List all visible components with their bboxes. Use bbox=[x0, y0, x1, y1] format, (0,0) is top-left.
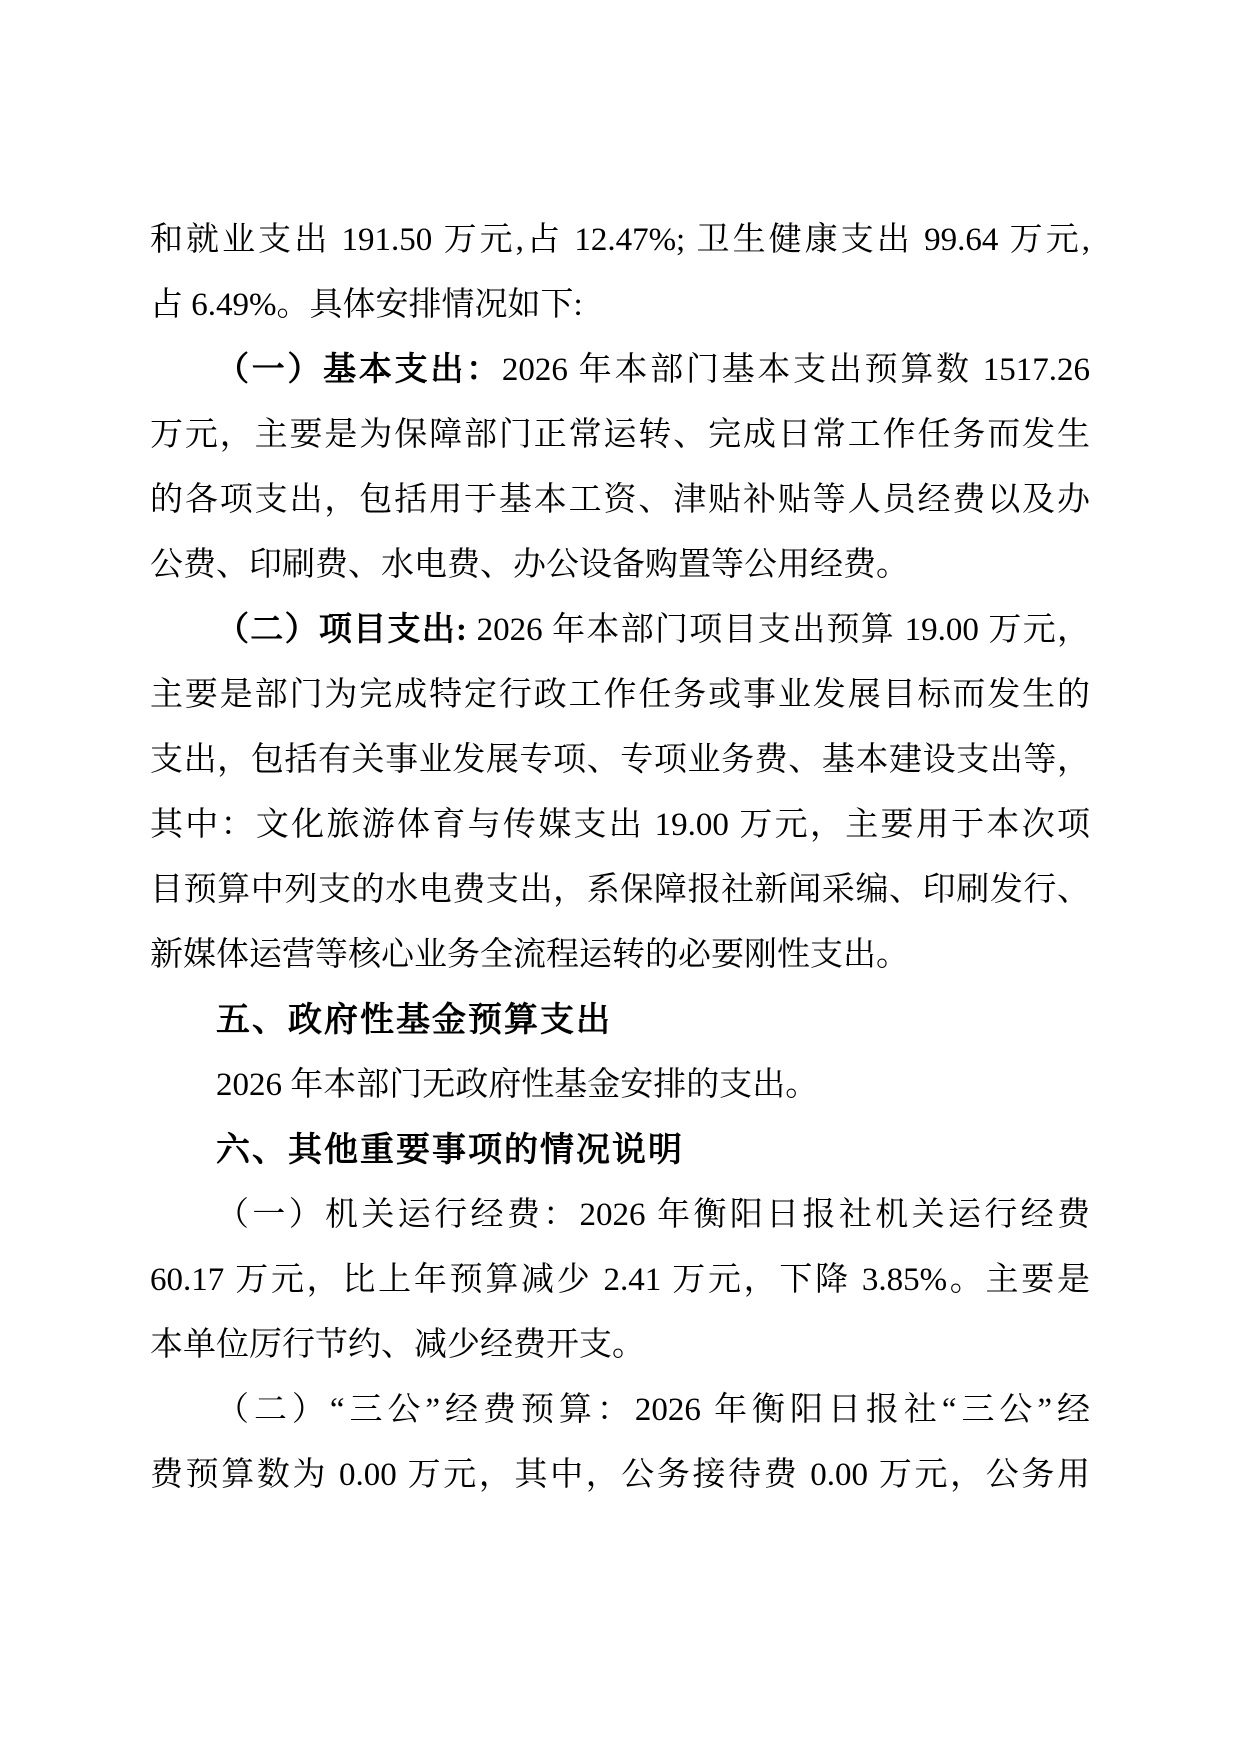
text-segment: （一）机关运行经费：2026 年衡阳日报社机关运行经费 bbox=[216, 1197, 1090, 1233]
text-line: （一）基本支出：2026 年本部门基本支出预算数 1517.26 bbox=[150, 338, 1090, 403]
text-segment: 费预算数为 0.00 万元，其中，公务接待费 0.00 万元，公务用 bbox=[150, 1457, 1090, 1493]
text-segment: 目预算中列支的水电费支出，系保障报社新闻采编、印刷发行、 bbox=[150, 872, 1090, 908]
text-segment: 2026 年本部门基本支出预算数 1517.26 bbox=[502, 352, 1090, 388]
text-line: 2026 年本部门无政府性基金安排的支出。 bbox=[150, 1053, 1090, 1118]
text-line: 万元，主要是为保障部门正常运转、完成日常工作任务而发生 bbox=[150, 403, 1090, 468]
text-line: （二）项目支出: 2026 年本部门项目支出预算 19.00 万元， bbox=[150, 598, 1090, 663]
text-line: 占 6.49%。具体安排情况如下: bbox=[150, 273, 1090, 338]
bold-text-segment: 五、政府性基金预算支出 bbox=[216, 1001, 612, 1039]
text-segment: 2026 年本部门项目支出预算 19.00 万元， bbox=[467, 612, 1090, 648]
text-line: 主要是部门为完成特定行政工作任务或事业发展目标而发生的 bbox=[150, 663, 1090, 728]
text-segment: 主要是部门为完成特定行政工作任务或事业发展目标而发生的 bbox=[150, 677, 1090, 713]
text-line: 新媒体运营等核心业务全流程运转的必要刚性支出。 bbox=[150, 923, 1090, 988]
text-segment: 其中：文化旅游体育与传媒支出 19.00 万元，主要用于本次项 bbox=[150, 807, 1090, 843]
text-segment: 支出，包括有关事业发展专项、专项业务费、基本建设支出等， bbox=[150, 742, 1090, 778]
section-heading: 五、政府性基金预算支出 bbox=[150, 988, 1090, 1053]
text-line: （一）机关运行经费：2026 年衡阳日报社机关运行经费 bbox=[150, 1183, 1090, 1248]
text-line: 的各项支出，包括用于基本工资、津贴补贴等人员经费以及办 bbox=[150, 468, 1090, 533]
document-page: 和就业支出 191.50 万元,占 12.47%; 卫生健康支出 99.64 万… bbox=[0, 0, 1240, 1754]
text-segment: 万元，主要是为保障部门正常运转、完成日常工作任务而发生 bbox=[150, 417, 1090, 453]
text-segment: 占 6.49%。具体安排情况如下: bbox=[150, 287, 583, 323]
text-line: 本单位厉行节约、减少经费开支。 bbox=[150, 1313, 1090, 1378]
text-segment: 公费、印刷费、水电费、办公设备购置等公用经费。 bbox=[150, 547, 909, 583]
text-segment: 和就业支出 191.50 万元,占 12.47%; 卫生健康支出 99.64 万… bbox=[150, 222, 1090, 258]
bold-text-segment: （一）基本支出： bbox=[216, 352, 502, 388]
text-block: 和就业支出 191.50 万元,占 12.47%; 卫生健康支出 99.64 万… bbox=[150, 208, 1090, 1508]
section-heading: 六、其他重要事项的情况说明 bbox=[150, 1118, 1090, 1183]
text-line: 支出，包括有关事业发展专项、专项业务费、基本建设支出等， bbox=[150, 728, 1090, 793]
text-line: （二）“三公”经费预算：2026 年衡阳日报社“三公”经 bbox=[150, 1378, 1090, 1443]
text-line: 60.17 万元，比上年预算减少 2.41 万元，下降 3.85%。主要是 bbox=[150, 1248, 1090, 1313]
text-segment: 本单位厉行节约、减少经费开支。 bbox=[150, 1327, 645, 1363]
bold-text-segment: （二）项目支出: bbox=[216, 612, 467, 648]
bold-text-segment: 六、其他重要事项的情况说明 bbox=[216, 1131, 684, 1169]
text-segment: （二）“三公”经费预算：2026 年衡阳日报社“三公”经 bbox=[216, 1392, 1090, 1428]
text-line: 和就业支出 191.50 万元,占 12.47%; 卫生健康支出 99.64 万… bbox=[150, 208, 1090, 273]
text-segment: 新媒体运营等核心业务全流程运转的必要刚性支出。 bbox=[150, 937, 909, 973]
text-segment: 60.17 万元，比上年预算减少 2.41 万元，下降 3.85%。主要是 bbox=[150, 1262, 1090, 1298]
text-line: 公费、印刷费、水电费、办公设备购置等公用经费。 bbox=[150, 533, 1090, 598]
text-line: 其中：文化旅游体育与传媒支出 19.00 万元，主要用于本次项 bbox=[150, 793, 1090, 858]
text-line: 目预算中列支的水电费支出，系保障报社新闻采编、印刷发行、 bbox=[150, 858, 1090, 923]
text-line: 费预算数为 0.00 万元，其中，公务接待费 0.00 万元，公务用 bbox=[150, 1443, 1090, 1508]
text-segment: 2026 年本部门无政府性基金安排的支出。 bbox=[216, 1067, 818, 1103]
text-segment: 的各项支出，包括用于基本工资、津贴补贴等人员经费以及办 bbox=[150, 482, 1090, 518]
